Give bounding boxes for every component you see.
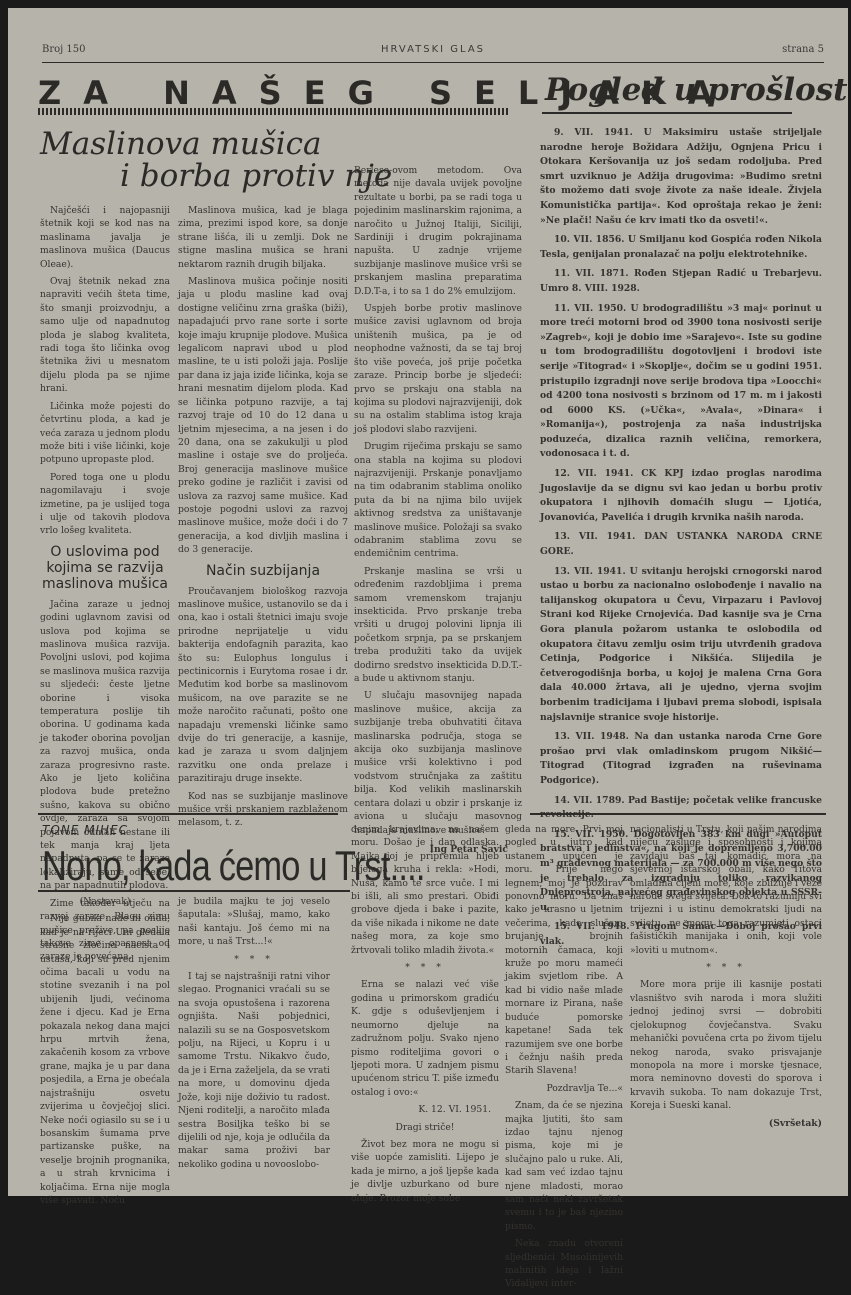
banner-right-underline [542, 112, 792, 114]
section-banner-pogled-u-proslost: Pogled u prošlost [545, 72, 795, 112]
masthead: Broj 150 HRVATSKI GLAS strana 5 [42, 44, 824, 60]
paragraph: Najčešći i najopasniji štetnik koji se k… [40, 204, 170, 271]
paragraph: U slučaju masovnijeg napada maslinove mu… [354, 689, 522, 836]
paragraph: nacionalisti u Trstu, koji našim narodim… [630, 823, 822, 957]
paragraph: Berlese-ovom metodom. Ova metoda nije da… [354, 164, 522, 298]
history-entry: 12. VII. 1941. CK KPJ izdao proglas naro… [540, 467, 822, 525]
history-entry: 11. VII. 1871. Rođen Stjepan Radić u Tre… [540, 267, 822, 296]
history-entry: 13. VII. 1948. Na dan ustanka naroda Crn… [540, 730, 822, 788]
paragraph: Maslinova mušica, kad je blaga zima, pre… [178, 204, 348, 271]
separator-stars: * * * [630, 961, 822, 974]
paragraph: Drugim riječima prskaju se samo ona stab… [354, 440, 522, 561]
history-entry: 14. VII. 1789. Pad Bastije; početak veli… [540, 794, 822, 823]
paragraph: Život bez mora ne mogu si više uopće zam… [351, 1138, 499, 1200]
paragraph: Kod nas se suzbijanje maslinove mušice v… [178, 790, 348, 830]
paragraph: More mora prije ili kasnije postati vlas… [630, 978, 822, 1112]
letter-signoff: Pozdravlja Te...« [505, 1082, 623, 1095]
history-entry: 11. VII. 1950. U brodogradilištu »3 maj«… [540, 302, 822, 463]
article2-author: TONE MIHEC [42, 823, 128, 837]
paragraph: đenim krajevima, na našem moru. Došao je… [351, 823, 499, 957]
history-entry: 10. VII. 1856. U Smiljanu kod Gospića ro… [540, 233, 822, 262]
article1-column-3: Berlese-ovom metodom. Ova metoda nije da… [354, 164, 522, 860]
page-number: strana 5 [782, 44, 824, 55]
history-entry: 13. VII. 1941. U svitanju herojski crnog… [540, 565, 822, 726]
article1-column-2: Maslinova mušica, kad je blaga zima, pre… [178, 204, 348, 834]
paragraph: Pored toga one u plodu nagomilavaju i sv… [40, 471, 170, 538]
paragraph: Ovaj štetnik nekad zna napraviti većih š… [40, 275, 170, 396]
paragraph: je budila majku te joj veselo šaputala: … [178, 895, 330, 949]
subheading-nacin-suzbijanja: Način suzbijanja [178, 563, 348, 579]
paragraph: I taj se najstrašniji ratni vihor slegao… [178, 970, 330, 1171]
section-divider [530, 813, 826, 815]
paper-title: HRVATSKI GLAS [42, 44, 824, 55]
paragraph: Erna se nalazi već više godina u primors… [351, 978, 499, 1099]
paragraph: Prskanje maslina se vrši u određenim raz… [354, 565, 522, 686]
separator-stars: * * * [178, 953, 330, 966]
paragraph: Proučavanjem biološkog razvoja maslinove… [178, 585, 348, 786]
article2-column-2: je budila majku te joj veselo šaputala: … [178, 895, 330, 1175]
article2-column-3: đenim krajevima, na našem moru. Došao je… [351, 823, 499, 1200]
history-entry: 13. VII. 1941. DAN USTANKA NARODA CRNE G… [540, 530, 822, 559]
letter-salutation: Dragi striče! [351, 1121, 499, 1134]
article1-title-line2: i borba protiv nje [120, 158, 392, 194]
history-entry: 9. VII. 1941. U Maksimiru ustaše strijel… [540, 126, 822, 228]
letter-date: K. 12. VI. 1951. [351, 1103, 499, 1116]
paragraph: Maslinova mušica počinje nositi jaja u p… [178, 275, 348, 557]
paragraph: Uspjeh borbe protiv maslinove mušice zav… [354, 302, 522, 436]
newspaper-page: Broj 150 HRVATSKI GLAS strana 5 ZA NAŠEG… [8, 8, 848, 1196]
section-divider [38, 813, 338, 815]
paragraph: Znam, da će se njezina majka ljutiti, št… [505, 1099, 623, 1200]
paragraph: gleda na more. Prvi moj pogled u jutro k… [505, 823, 623, 1078]
paragraph: Ličinka može pojesti do četvrtinu ploda,… [40, 400, 170, 467]
section-banner-za-naseg-seljaka: ZA NAŠEG SELJAKA [38, 74, 508, 110]
ending-label: (Svršetak) [630, 1117, 822, 1130]
masthead-rule [42, 62, 824, 63]
article2-column-4: gleda na more. Prvi moj pogled u jutro k… [505, 823, 623, 1200]
paragraph: Nije gubila nade ni onda, kad je na rije… [40, 912, 170, 1200]
article2-column-1: (Nastavak) Nije gubila nade ni onda, kad… [40, 895, 170, 1200]
continued-label: (Nastavak) [40, 895, 170, 908]
banner-stripe [38, 108, 508, 115]
subheading-uslovi: O uslovima pod kojima se razvija maslino… [40, 544, 170, 592]
article1-title-line1: Maslinova mušica [40, 126, 321, 162]
article2-column-5: nacionalisti u Trstu, koji našim narodim… [630, 823, 822, 1134]
article2-title-rule [38, 890, 350, 892]
separator-stars: * * * [351, 961, 499, 974]
